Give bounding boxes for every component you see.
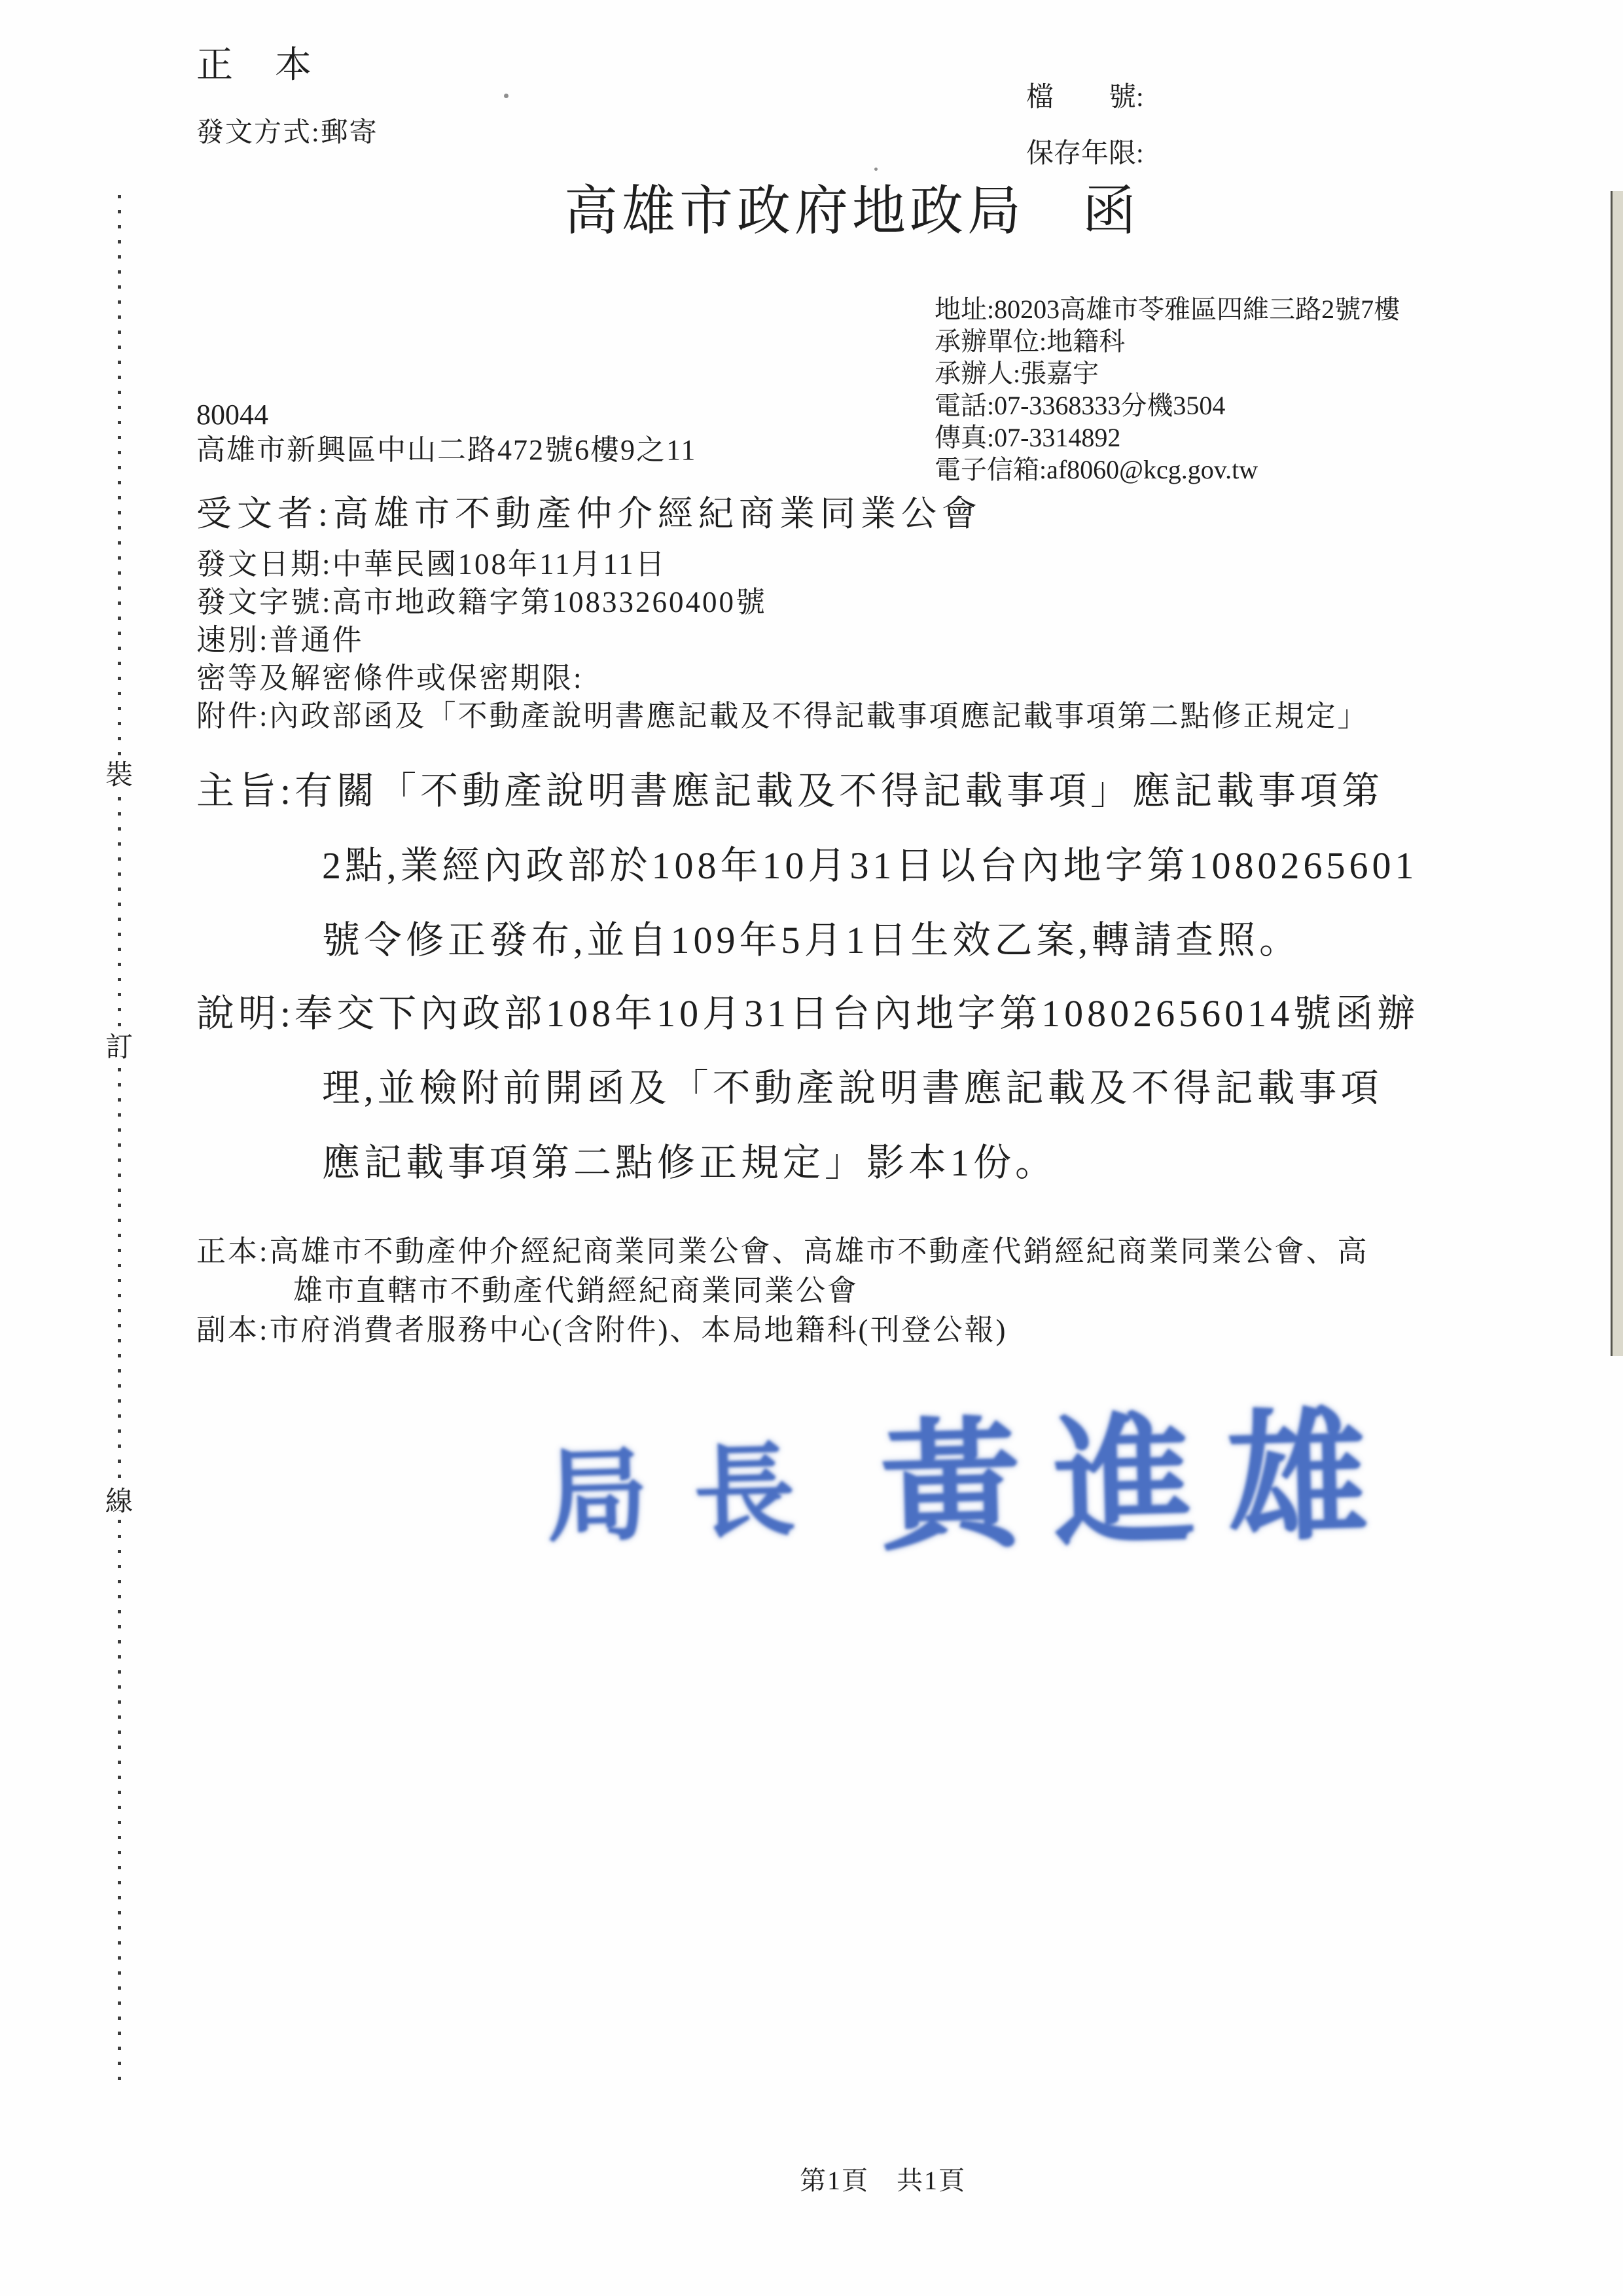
delivery-method-label: 發文方式:郵寄 xyxy=(196,119,378,147)
subject-line-2: 2點,業經內政部於108年10月31日以台內地字第1080265601 xyxy=(322,847,1418,885)
contact-email-line: 電子信箱:af8060@kcg.gov.tw xyxy=(935,454,1400,486)
binding-mark-xian: 線 xyxy=(102,1484,136,1520)
description-line-3: 應記載事項第二點修正規定」影本1份。 xyxy=(322,1144,1057,1182)
description-line-1: 說明:奉交下內政部108年10月31日台內地字第10802656014號函辦 xyxy=(196,995,1419,1033)
subject-line-3: 號令修正發布,並自109年5月1日生效乙案,轉請查照。 xyxy=(322,922,1301,960)
signature-title: 局長 xyxy=(545,1440,842,1549)
issue-date-line: 發文日期:中華民國108年11月11日 xyxy=(196,550,667,579)
agency-contact-block: 地址:80203高雄市苓雅區四維三路2號7樓 承辦單位:地籍科 承辦人:張嘉宇 … xyxy=(935,293,1400,486)
binding-dotted-line xyxy=(118,195,121,2090)
director-signature-stamp: 局長 黃進雄 xyxy=(544,1406,1402,1569)
recipient-line: 受文者:高雄市不動產仲介經紀商業同業公會 xyxy=(196,496,982,531)
binding-mark-ding: 訂 xyxy=(102,1030,136,1066)
recipient-zip-code: 80044 xyxy=(196,401,268,429)
recipient-street-address: 高雄市新興區中山二路472號6樓9之11 xyxy=(196,436,696,465)
priority-line: 速別:普通件 xyxy=(196,626,364,655)
retention-period-label: 保存年限: xyxy=(1026,140,1144,168)
carbon-copy-recipients-line: 副本:市府消費者服務中心(含附件)、本局地籍科(刊登公報) xyxy=(196,1316,1007,1345)
file-number-label: 檔 號: xyxy=(1026,84,1144,111)
original-copy-recipients-line-2: 雄市直轄市不動產代銷經紀商業同業公會 xyxy=(293,1276,859,1306)
document-title: 高雄市政府地政局 函 xyxy=(564,185,1140,238)
confidentiality-line: 密等及解密條件或保密期限: xyxy=(196,664,584,693)
signature-name: 黃進雄 xyxy=(878,1406,1402,1560)
contact-unit-line: 承辦單位:地籍科 xyxy=(935,325,1400,357)
official-letter-page: 正 本 發文方式:郵寄 檔 號: 保存年限: 高雄市政府地政局 函 地址:802… xyxy=(0,0,1623,2296)
contact-address-line: 地址:80203高雄市苓雅區四維三路2號7樓 xyxy=(935,293,1400,325)
binding-mark-zhuang: 裝 xyxy=(102,758,136,793)
contact-fax-line: 傳真:07-3314892 xyxy=(935,422,1400,454)
contact-phone-line: 電話:07-3368333分機3504 xyxy=(935,389,1400,422)
scan-edge-line xyxy=(1611,191,1613,1356)
scan-edge-shading xyxy=(1613,191,1623,1356)
original-copy-recipients-line-1: 正本:高雄市不動產仲介經紀商業同業公會、高雄市不動產代銷經紀商業同業公會、高 xyxy=(196,1237,1369,1266)
scan-speck xyxy=(504,94,508,98)
scan-speck xyxy=(874,168,878,171)
page-number: 第1頁 共1頁 xyxy=(800,2168,966,2194)
copy-type-label: 正 本 xyxy=(196,47,314,84)
attachment-line: 附件:內政部函及「不動產說明書應記載及不得記載事項應記載事項第二點修正規定」 xyxy=(196,702,1369,731)
contact-person-line: 承辦人:張嘉宇 xyxy=(935,357,1400,389)
description-line-2: 理,並檢附前開函及「不動產說明書應記載及不得記載事項 xyxy=(322,1069,1383,1107)
subject-line-1: 主旨:有關「不動產說明書應記載及不得記載事項」應記載事項第 xyxy=(196,772,1383,810)
reference-number-line: 發文字號:高市地政籍字第10833260400號 xyxy=(196,588,767,617)
